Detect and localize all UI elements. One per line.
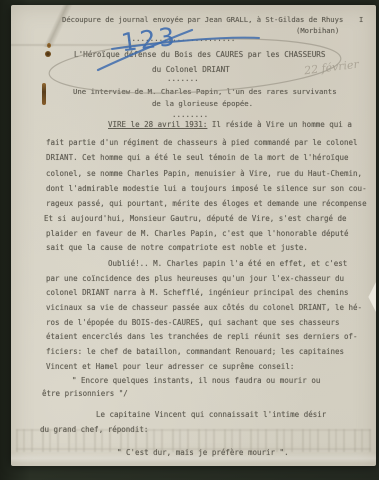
typed-line: ros de l'épopée du BOIS-des-CAURES, qui …	[46, 318, 340, 328]
page-number: I	[359, 15, 363, 25]
dateline-underlined: VIRE le 28 avril 1931:	[108, 120, 207, 129]
dateline-rest: Il réside à Vire un homme qui a	[207, 120, 352, 129]
typed-line: colonel DRIANT narra à M. Schefflé, ingé…	[46, 288, 349, 298]
rusty-staple-mark	[42, 83, 46, 105]
typed-line: dont l'admirable modestie lui a toujours…	[46, 184, 367, 194]
typed-line: par une coïncidence des plus heureuses q…	[46, 274, 344, 284]
typed-line: plaider en faveur de M. Charles Papin, c…	[46, 229, 349, 239]
subtitle-line1: Une interview de M. Charles Papin, l'un …	[73, 87, 337, 97]
header-caption-line2: (Morbihan)	[296, 26, 339, 36]
typed-line: colonel, se nomme Charles Papin, menuisi…	[46, 169, 362, 179]
subtitle-dots: ........	[172, 110, 208, 120]
rust-mark-small	[47, 43, 51, 48]
rust-mark-large	[45, 51, 51, 57]
subtitle-line2: de la glorieuse épopée.	[152, 99, 253, 109]
paper-edge-chip	[367, 282, 376, 312]
header-caption: Découpure de journal envoyée par Jean GR…	[62, 15, 343, 25]
typed-line: Vincent et Hamel pour leur adresser ce s…	[46, 362, 294, 372]
quote-line: " Encore quelques instants, il nous faud…	[72, 376, 320, 386]
document-page: Découpure de journal envoyée par Jean GR…	[11, 5, 376, 466]
typed-line: sait que la cause de notre compatriote e…	[46, 243, 308, 253]
typed-line: du grand chef, répondit:	[40, 425, 148, 435]
typed-line: ficiers: le chef de bataillon, commandan…	[46, 347, 344, 357]
title-dots: .......	[167, 74, 199, 84]
typed-line: Et si aujourd'hui, Monsieur Gautru, dépu…	[44, 214, 347, 224]
pencil-date-annotation: 22 février	[303, 58, 359, 78]
quote-line: être prisonniers "/	[42, 389, 128, 399]
quote-line: " C'est dur, mais je préfère mourir ".	[117, 448, 289, 458]
typed-line: étaient encerclés dans les tranchées de …	[46, 332, 358, 342]
typed-line: DRIANT. Cet homme qui a été le seul témo…	[46, 153, 349, 163]
dateline: VIRE le 28 avril 1931: Il réside à Vire …	[108, 120, 352, 130]
typed-line: Oublié!.. M. Charles papin l'a été en ef…	[108, 259, 347, 269]
typed-line: fait partie d'un régiment de chasseurs à…	[46, 138, 358, 148]
typed-line: vicinaux sa vie de chasseur passée aux c…	[46, 303, 362, 313]
scan-background: { "palette": { "paper": "#d5d1c4", "back…	[0, 0, 379, 480]
typed-line: rageux passé, qui pourtant, mérite des é…	[46, 199, 367, 209]
typed-line: Le capitaine Vincent qui connaissait l'i…	[96, 410, 326, 420]
title-line1: L'Héroïque défense du Bois des CAURES pa…	[74, 50, 325, 60]
